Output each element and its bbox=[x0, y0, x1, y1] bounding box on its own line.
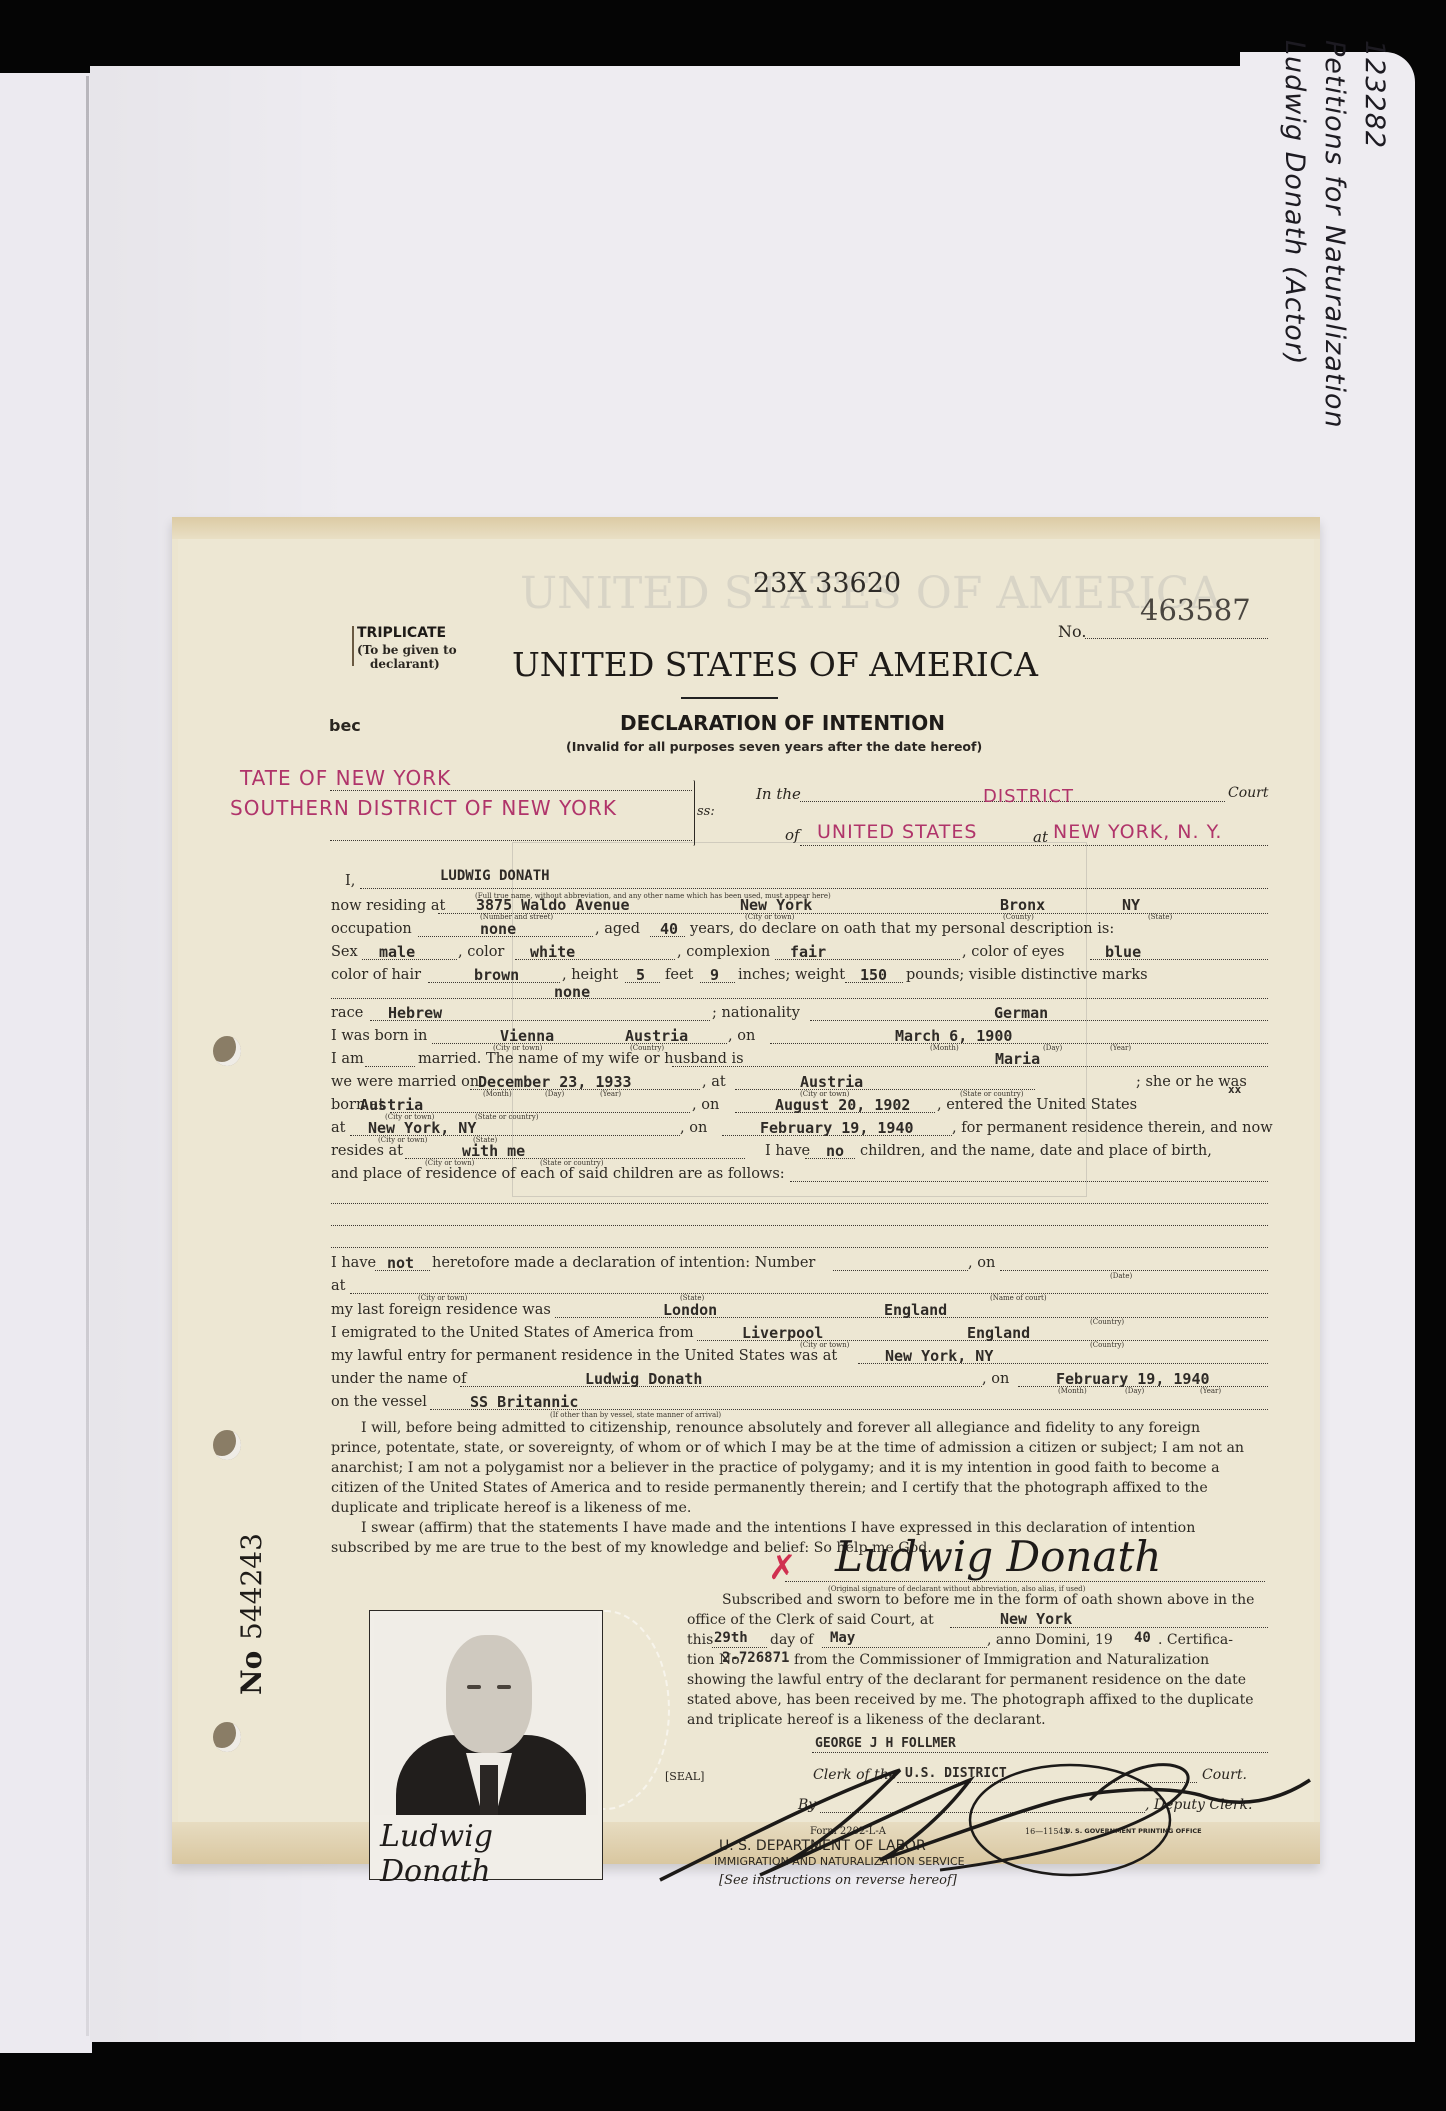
last-residence-city-value: London bbox=[663, 1301, 717, 1319]
sworn-place-value: New York bbox=[1000, 1610, 1072, 1628]
marriage-date-value: December 23, 1933 bbox=[478, 1073, 632, 1091]
folder-crease bbox=[86, 76, 89, 2036]
court-of-stamp: UNITED STATES bbox=[817, 821, 977, 843]
birth-country-value: Austria bbox=[625, 1027, 688, 1045]
complexion-value: fair bbox=[790, 943, 826, 961]
document-number: 463587 bbox=[1140, 593, 1251, 627]
eyes-value: blue bbox=[1105, 943, 1141, 961]
form-subtitle: (Invalid for all purposes seven years af… bbox=[566, 739, 982, 754]
entry-place-value: New York, NY bbox=[885, 1347, 993, 1365]
main-title: UNITED STATES OF AMERICA bbox=[512, 645, 1038, 684]
spouse-entry-place-value: New York, NY bbox=[368, 1119, 476, 1137]
sworn-day-value: 29th bbox=[714, 1630, 748, 1646]
court-location-stamp: NEW YORK, N. Y. bbox=[1053, 821, 1222, 843]
spouse-entry-date-value: February 19, 1940 bbox=[760, 1119, 914, 1137]
spouse-birthdate-value: August 20, 1902 bbox=[775, 1096, 910, 1114]
folder-label-name: Ludwig Donath (Actor) bbox=[1270, 40, 1310, 470]
folder-back-panel bbox=[0, 73, 92, 2053]
birth-date-value: March 6, 1900 bbox=[895, 1027, 1012, 1045]
court-type-stamp: DISTRICT bbox=[983, 786, 1074, 807]
race-value: Hebrew bbox=[388, 1004, 442, 1022]
vessel-value: SS Britannic bbox=[470, 1393, 578, 1411]
folder-label-number: 123282 bbox=[1350, 40, 1390, 470]
district-stamp: SOUTHERN DISTRICT OF NEW YORK bbox=[230, 796, 617, 820]
county-value: Bronx bbox=[1000, 896, 1045, 914]
spouse-resides-value: with me bbox=[462, 1142, 525, 1160]
previous-declaration-value: not bbox=[387, 1254, 414, 1272]
punch-hole bbox=[213, 1036, 241, 1066]
occupation-value: none bbox=[480, 920, 516, 938]
folder-tab-label: 123282 Petitions for Naturalization Ludw… bbox=[1250, 40, 1400, 470]
side-number-value: 544243 bbox=[235, 1533, 268, 1640]
emigrated-city-value: Liverpool bbox=[742, 1324, 823, 1342]
serial-number: 23X 33620 bbox=[753, 568, 901, 599]
last-residence-country-value: England bbox=[884, 1301, 947, 1319]
age-value: 40 bbox=[660, 920, 678, 938]
nationality-value: German bbox=[994, 1004, 1048, 1022]
oath-text: I will, before being admitted to citizen… bbox=[361, 1420, 1200, 1436]
children-count-value: no bbox=[826, 1142, 844, 1160]
number-label: No. bbox=[1058, 622, 1086, 641]
punch-hole bbox=[213, 1722, 241, 1752]
form-title: DECLARATION OF INTENTION bbox=[620, 711, 945, 735]
weight-value: 150 bbox=[860, 966, 887, 984]
deputy-clerk-signature bbox=[640, 1740, 1320, 1890]
birth-city-value: Vienna bbox=[500, 1027, 554, 1045]
portrait-image bbox=[374, 1615, 598, 1815]
declarant-name: LUDWIG DONATH bbox=[440, 868, 550, 884]
spouse-name-value: Maria bbox=[995, 1050, 1040, 1068]
sex-value: male bbox=[379, 943, 415, 961]
street-value: 3875 Waldo Avenue bbox=[476, 896, 630, 914]
marks-value: none bbox=[554, 983, 590, 1001]
declarant-photo: Ludwig Donath bbox=[369, 1610, 603, 1880]
height-inches-value: 9 bbox=[710, 966, 719, 984]
city-value: New York bbox=[740, 896, 812, 914]
declarant-signature: Ludwig Donath bbox=[835, 1532, 1161, 1581]
marriage-place-value: Austria bbox=[800, 1073, 863, 1091]
sworn-year-value: 40 bbox=[1134, 1630, 1151, 1646]
margin-code: bec bbox=[329, 716, 361, 735]
certification-text: Subscribed and sworn to before me in the… bbox=[722, 1592, 1254, 1608]
hair-value: brown bbox=[474, 966, 519, 984]
height-feet-value: 5 bbox=[636, 966, 645, 984]
copy-type-label: TRIPLICATE bbox=[357, 625, 446, 641]
emigrated-country-value: England bbox=[967, 1324, 1030, 1342]
folder-label-title: Petitions for Naturalization bbox=[1310, 40, 1350, 470]
sworn-month-value: May bbox=[830, 1630, 855, 1646]
entry-date-value: February 19, 1940 bbox=[1056, 1370, 1210, 1388]
certification-number-value: 2-726871 bbox=[722, 1650, 789, 1666]
spouse-birthplace-value: Austria bbox=[360, 1096, 423, 1114]
state-value: NY bbox=[1122, 896, 1140, 914]
punch-hole bbox=[213, 1430, 241, 1460]
color-value: white bbox=[530, 943, 575, 961]
red-x-mark: ✗ bbox=[768, 1548, 797, 1588]
entry-name-value: Ludwig Donath bbox=[585, 1370, 702, 1388]
side-number-prefix: No bbox=[235, 1651, 268, 1695]
state-stamp: TATE OF NEW YORK bbox=[240, 766, 451, 790]
photo-signature: Ludwig Donath bbox=[380, 1819, 602, 1889]
